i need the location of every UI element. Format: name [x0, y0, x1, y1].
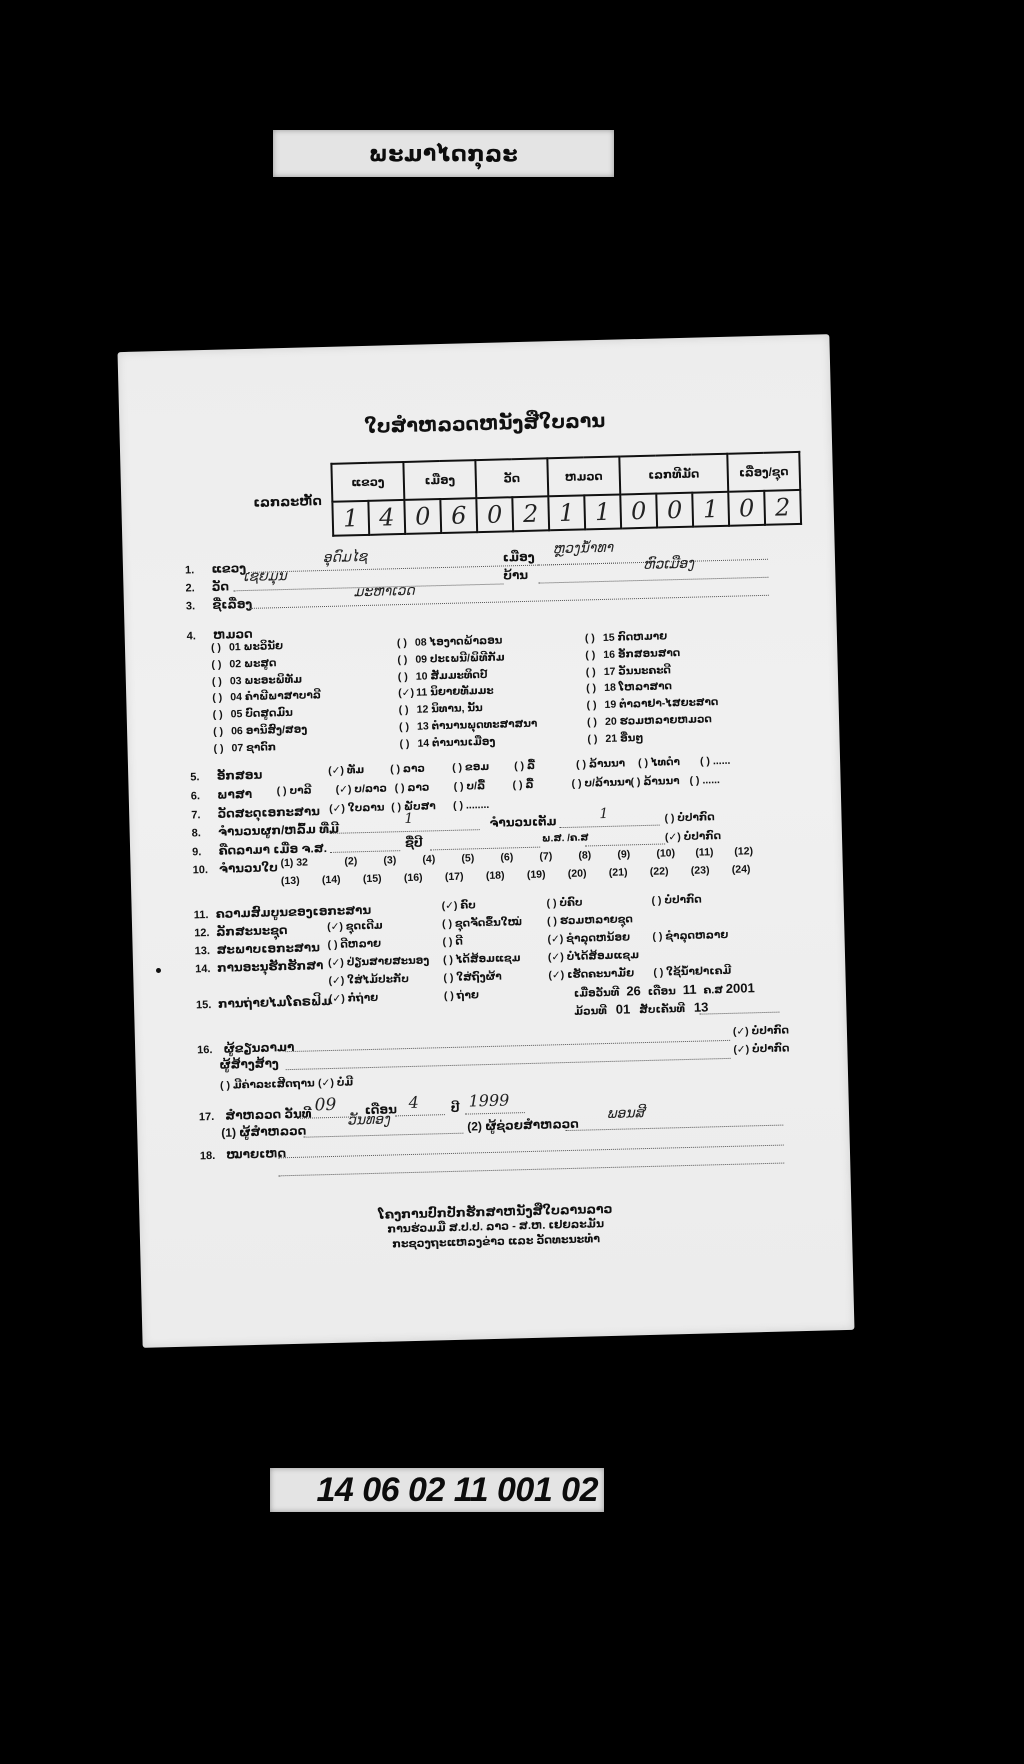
checkbox[interactable]: ( ): [212, 692, 230, 704]
category-option-label: 05 ບົດສູດມົນ: [231, 707, 293, 721]
province-value: ອຸດົມໄຊ: [323, 549, 368, 566]
checkbox[interactable]: ( ): [586, 699, 604, 711]
leaf-count-slot[interactable]: (15): [363, 873, 382, 885]
category-option-label: 08 ໄອງາດພ້າລອນ: [415, 635, 503, 649]
microfilm-reel: ມ້ວນທີ 01 ສັບເຄັນທີ 13: [574, 999, 708, 1017]
leaf-count-slot[interactable]: (23): [691, 864, 710, 876]
item-label-remarks: ໝາຍເຫດ: [226, 1146, 286, 1162]
checkbox[interactable]: ( ): [398, 670, 416, 682]
item-number: 11.: [194, 909, 216, 922]
category-option[interactable]: ( )17 ວັນນະຄະດີ: [586, 664, 671, 678]
survey-year: 1999: [468, 1090, 509, 1110]
category-option[interactable]: ( )08 ໄອງາດພ້າລອນ: [397, 635, 503, 650]
code-digit: 6: [440, 498, 477, 533]
option-checkbox[interactable]: ( ) ບາລີ: [277, 784, 312, 797]
leaf-count-slot[interactable]: (10): [656, 847, 675, 859]
option-checkbox[interactable]: ( ) ລ້ານນາ: [630, 775, 679, 788]
option-checkbox[interactable]: ( ) ຖ່າຍ: [444, 989, 479, 1002]
survey-month: 4: [408, 1093, 419, 1112]
item-number: 5.: [190, 771, 212, 784]
item-label-assistant: (2) ຜູ້ຊ່ວຍສຳຫລວດ: [467, 1117, 579, 1134]
option-checkbox[interactable]: ( ) ຮວມຫລາຍຊຸດ: [547, 913, 633, 927]
code-digit: 2: [764, 490, 801, 525]
item-number: 12.: [194, 927, 216, 940]
item-14: 14.ການອະນຸຮັກຮັກສາ: [195, 956, 324, 977]
code-digit: 0: [476, 497, 513, 532]
option-checkbox[interactable]: (✓) ຊຸດເດີມ: [327, 920, 383, 933]
checkbox[interactable]: ( ): [585, 632, 603, 644]
category-option-label: 14 ຕຳນານເມືອງ: [417, 736, 495, 750]
category-option[interactable]: ( )03 ພະອະພິທັມ: [212, 673, 302, 687]
scribe-unknown-option[interactable]: (✓) ບໍ່ປາກົດ: [733, 1024, 789, 1037]
option-checkbox[interactable]: ( ) ຊຸດຈັດຂຶ້ນໃໝ່: [442, 916, 522, 930]
code-digit: 1: [584, 494, 621, 529]
category-option-label: 19 ຕຳລາຢາ-ໄສຍະສາດ: [604, 696, 718, 711]
option-checkbox[interactable]: ( ) ບໍ່ປາກົດ: [651, 894, 701, 907]
script-options: (✓) ທັມ( ) ລາວ( ) ຂອມ( ) ລື້( ) ລ້ານນາ( …: [118, 334, 830, 352]
checkbox[interactable]: ( ): [399, 721, 417, 733]
option-checkbox[interactable]: (✓) ທັມ: [328, 764, 364, 777]
option-checkbox[interactable]: ( ) ລ້ານນາ: [576, 757, 625, 770]
category-option-label: 18 ໂຫລາສາດ: [604, 681, 672, 695]
option-checkbox[interactable]: ( ) ດີ: [442, 936, 463, 949]
fascicles-unknown-option[interactable]: ( ) ບໍ່ປາກົດ: [664, 811, 714, 824]
category-option[interactable]: ( )15 ກົດຫມາຍ: [585, 630, 668, 644]
microfilm-date: ເມື່ອວັນທີ 26 ເດືອນ 11 ຄ.ສ 2001: [574, 980, 755, 1000]
category-options: ( )01 ພະວິນັຍ( )02 ພະສູດ( )03 ພະອະພິທັມ(…: [118, 334, 830, 352]
category-option[interactable]: ( )07 ຊາດົກ: [213, 741, 276, 755]
option-checkbox[interactable]: ( ) ບໍ່ຄົບ: [546, 897, 582, 910]
option-checkbox[interactable]: ( ) ບ/ລື້: [453, 780, 485, 793]
leaf-count-slot[interactable]: (18): [486, 870, 505, 882]
item-number: 2.: [185, 582, 207, 595]
item-label-year-name: ຊື່ປີ: [405, 836, 423, 850]
code-header-province: ແຂວງ: [331, 462, 404, 502]
checkbox[interactable]: ( ): [211, 641, 229, 653]
code-digit: 0: [620, 494, 657, 529]
item-label-province: ແຂວງ: [211, 561, 246, 576]
leaf-count-slot[interactable]: (3): [383, 854, 396, 866]
item-label-leaf-count: ຈຳນວນໃບ: [219, 860, 278, 875]
item-5: 5. ອັກສອນ: [190, 766, 262, 786]
checkbox[interactable]: ( ): [585, 649, 603, 661]
item-number: 1.: [185, 564, 207, 577]
option-checkbox[interactable]: ( ) ລາວ: [390, 763, 425, 776]
item-2: 2. ວັດ: [185, 577, 229, 596]
category-option[interactable]: ( )05 ບົດສູດມົນ: [213, 707, 293, 721]
option-checkbox[interactable]: ( ) ໃຊ້ນ້ຳຢາເຄມີ: [653, 965, 731, 979]
microfilm-month: 11: [683, 982, 697, 997]
item-label-title: ຊື່ເລື່ອງ: [212, 597, 252, 612]
item-label-language: ພາສາ: [217, 787, 252, 802]
item-10: 10. ຈຳນວນໃບ: [192, 858, 278, 878]
category-option-label: 15 ກົດຫມາຍ: [603, 630, 668, 644]
item-number: 13.: [195, 945, 217, 958]
item-label-script: ອັກສອນ: [217, 768, 263, 783]
leaf-count-slot[interactable]: (20): [568, 867, 587, 879]
category-option-label: 10 ສັມມະທິດປ໌: [416, 669, 488, 683]
category-option-label: 17 ວັນນະຄະດີ: [604, 664, 671, 678]
month-label: ເດືອນ: [648, 985, 676, 998]
leaf-count-slot[interactable]: (17): [445, 871, 464, 883]
option-checkbox[interactable]: ( ) ລື້: [512, 779, 533, 792]
code-header-category: ຫມວດ: [547, 457, 620, 497]
item-label-scribe: ຜູ້ຂຽນລາມາ: [223, 1040, 294, 1056]
item-label-district: ເມືອງ: [503, 550, 535, 565]
leaf-count-slot[interactable]: (19): [527, 869, 546, 881]
category-option[interactable]: ( )06 ອານິສົງ/ສອງ: [213, 723, 307, 737]
form-title: ໃບສຳຫລວດຫນັງສືໃບລານ: [364, 410, 605, 439]
checkbox[interactable]: ( ): [587, 733, 605, 745]
category-option[interactable]: ( )16 ອັກສອນສາດ: [585, 647, 680, 661]
category-option[interactable]: ( )01 ພະວິນັຍ: [211, 640, 283, 654]
leaf-count-slot[interactable]: (8): [578, 849, 591, 861]
code-header-temple: ວັດ: [475, 458, 548, 498]
option-checkbox[interactable]: (✓) ປ່ຽນສາຍສະນອງ: [328, 954, 430, 969]
code-digit: 0: [404, 499, 441, 534]
option-checkbox[interactable]: (✓) ໃບລານ: [329, 802, 385, 815]
category-option-label: 02 ພະສູດ: [229, 657, 276, 670]
checkbox[interactable]: ( ): [397, 654, 415, 666]
item-17: 17. ສຳຫລວດ ວັນທີ: [199, 1105, 312, 1126]
code-digit: 2: [512, 496, 549, 531]
microfilm-day: 26: [626, 983, 641, 998]
option-checkbox[interactable]: (✓) ບໍ່ໄດ້ສ້ອມແຊມ: [548, 949, 639, 963]
item-label-material: ວັດສະດຸເອກະສານ: [218, 804, 321, 821]
title-value: ມະຫາເວດ: [353, 583, 415, 601]
category-option-label: 12 ນິທານ, ນັ້ນ: [417, 702, 483, 716]
option-checkbox[interactable]: (✓) ບ/ລາວ: [336, 782, 388, 795]
item-number: 16.: [197, 1044, 219, 1057]
option-checkbox[interactable]: ( ) ໄທດຳ: [638, 756, 680, 769]
category-option[interactable]: ( )12 ນິທານ, ນັ້ນ: [399, 702, 483, 716]
option-checkbox[interactable]: ( ) ຂອມ: [452, 761, 489, 774]
item-18: 18. ໝາຍເຫດ: [200, 1144, 287, 1164]
survey-form-paper: ໃບສຳຫລວດຫນັງສືໃບລານ ເລກລະຫັດ ແຂວງ ເມືອງ …: [118, 334, 855, 1348]
leaf-count-slot[interactable]: (6): [500, 851, 513, 863]
roll-label: ມ້ວນທີ: [574, 1005, 607, 1018]
code-label: ເລກລະຫັດ: [253, 493, 322, 511]
item-12: 12.ລັກສະນະຊຸດ: [194, 921, 288, 941]
option-checkbox[interactable]: (✓) ຊຳລຸດຫນ້ອຍ: [547, 931, 630, 945]
microfilm-roll: 01: [616, 1001, 631, 1016]
code-header-bundle-number: ເລກທີມັດ: [619, 454, 728, 495]
top-title-label: ພະມາໄດກຸລະ: [273, 130, 614, 177]
item-number: 3.: [186, 600, 208, 613]
checkbox[interactable]: (✓): [398, 687, 416, 699]
category-option[interactable]: ( )02 ພະສູດ: [211, 657, 276, 671]
item-3: 3. ຊື່ເລື່ອງ: [186, 595, 253, 615]
sponsor-unknown-option[interactable]: (✓) ບໍ່ປາກົດ: [733, 1042, 789, 1055]
checkbox[interactable]: ( ): [212, 675, 230, 687]
leaf-count-slot[interactable]: (5): [461, 852, 474, 864]
category-option[interactable]: ( )21 ອື່ນໆ: [587, 732, 643, 745]
code-digit: 0: [728, 491, 765, 526]
checkbox[interactable]: ( ): [213, 725, 231, 737]
leaf-count-slot[interactable]: (16): [404, 872, 423, 884]
category-option-label: 20 ຮວມຫລາຍຫມວດ: [605, 713, 712, 728]
option-checkbox[interactable]: ( ) ........: [453, 799, 489, 812]
code-table: ແຂວງ ເມືອງ ວັດ ຫມວດ ເລກທີມັດ ເລື່ອງ/ຊຸດ …: [330, 451, 802, 537]
category-option-label: 21 ອື່ນໆ: [605, 732, 643, 745]
item-number: 10.: [192, 864, 214, 877]
item-number: 18.: [200, 1150, 222, 1163]
leaf-count-slot[interactable]: (12): [734, 845, 753, 857]
checkbox[interactable]: ( ): [399, 704, 417, 716]
copied-date-unknown-option[interactable]: (✓) ບໍ່ປາກົດ: [665, 830, 721, 843]
checkbox[interactable]: ( ): [587, 716, 605, 728]
category-option[interactable]: ( )04 ຄຳພີພາສາບາລີ: [212, 690, 321, 705]
category-option-label: 07 ຊາດົກ: [231, 741, 276, 754]
item-label: ຄວາມສົມບູນຂອງເອກະສານ: [216, 903, 372, 921]
item-label-temple: ວັດ: [212, 579, 229, 593]
option-checkbox[interactable]: ( ) ລາວ: [394, 781, 429, 794]
option-checkbox[interactable]: ( ) ລື້: [514, 760, 535, 773]
frame-label: ສັບເຄັນທີ: [639, 1003, 685, 1016]
checkbox[interactable]: ( ): [399, 738, 417, 750]
punch-hole-mark: [156, 968, 161, 973]
code-digit: 0: [656, 493, 693, 528]
checkbox[interactable]: ( ): [586, 666, 604, 678]
item-number: 17.: [199, 1111, 221, 1124]
item-label: ສະພາບເອກະສານ: [216, 940, 320, 957]
item-label-fascicles: ຈຳນວນຜູກ/ຫລົ້ມ ທີ່ມີ: [218, 822, 339, 839]
item-number: 15.: [196, 999, 218, 1012]
checkbox[interactable]: ( ): [586, 682, 604, 694]
item-label: ການອະນຸຮັກຮັກສາ: [217, 958, 324, 975]
code-digit: 1: [692, 492, 729, 527]
option-checkbox[interactable]: (✓) ເຮັດຄະນາມັຍ: [548, 967, 634, 981]
option-checkbox[interactable]: ( ) ດີຫລາຍ: [327, 938, 381, 951]
leaf-count-slot[interactable]: (7): [539, 850, 552, 862]
item-label-category: ຫມວດ: [213, 627, 253, 642]
category-option[interactable]: ( )18 ໂຫລາສາດ: [586, 681, 672, 695]
item-16: 16. ຜູ້ຂຽນລາມາ: [197, 1038, 295, 1058]
category-option-label: 11 ນິຍາຍທັມມະ: [416, 685, 494, 699]
leaf-count-slot[interactable]: (21): [609, 866, 628, 878]
item-label-surveyor: (1) ຜູ້ສຳຫລວດ: [221, 1124, 306, 1140]
item-6: 6. ພາສາ: [191, 785, 253, 805]
item-label-village: ບ້ານ: [503, 568, 528, 583]
survey-day: 09: [314, 1095, 336, 1116]
category-option-label: 06 ອານິສົງ/ສອງ: [231, 723, 307, 737]
code-digit: 1: [332, 501, 369, 536]
year-label: ຄ.ສ: [703, 984, 723, 996]
category-option-label: 16 ອັກສອນສາດ: [603, 647, 680, 661]
item-label-era: ພ.ສ. /ຄ.ສ: [542, 832, 589, 844]
full-count-value: 1: [599, 806, 608, 822]
language-options: ( ) ບາລີ(✓) ບ/ລາວ( ) ລາວ( ) ບ/ລື້( ) ລື້…: [118, 334, 830, 352]
assistant-value: ພອນສີ: [607, 1105, 645, 1122]
category-option[interactable]: ( )10 ສັມມະທິດປ໌: [398, 669, 488, 683]
item-number: 14.: [195, 963, 217, 976]
checkbox[interactable]: ( ): [213, 742, 231, 754]
leaf-count-slot[interactable]: (1) 32: [280, 857, 308, 870]
leaf-count-slot[interactable]: (9): [617, 848, 630, 860]
option-checkbox[interactable]: (✓) ໃສ່ໄມ້ປະກັບ: [328, 973, 409, 987]
item-number: 7.: [191, 809, 213, 822]
category-option-label: 03 ພະອະພິທັມ: [230, 673, 302, 687]
category-option-label: 09 ປະເພນີ/ພິທີກັມ: [415, 651, 505, 665]
option-checkbox[interactable]: (✓) ກໍ່ຖ່າຍ: [329, 992, 379, 1005]
item-number: 8.: [192, 827, 214, 840]
category-option[interactable]: ( )09 ປະເພນີ/ພິທີກັມ: [397, 651, 505, 666]
option-checkbox[interactable]: (✓) ຄົບ: [441, 899, 476, 912]
colophon-absent-option[interactable]: (✓) ບໍ່ມີ: [318, 1076, 353, 1089]
leaf-count-row-1: (1) 32(2)(3)(4)(5)(6)(7)(8)(9)(10)(11)(1…: [118, 334, 830, 352]
category-option[interactable]: ( )13 ຕຳນານພຸດທະສາສນາ: [399, 718, 538, 733]
item-label: ລັກສະນະຊຸດ: [216, 923, 288, 939]
leaf-count-slot[interactable]: (24): [732, 863, 751, 875]
item-1: 1. ແຂວງ: [185, 559, 247, 579]
condition-items: 11.ຄວາມສົມບູນຂອງເອກະສານ(✓) ຄົບ( ) ບໍ່ຄົບ…: [118, 334, 830, 352]
option-checkbox[interactable]: ( ) ພັບສາ: [391, 800, 436, 813]
category-option[interactable]: ( )14 ຕຳນານເມືອງ: [399, 736, 495, 750]
checkbox[interactable]: ( ): [211, 658, 229, 670]
option-checkbox[interactable]: ( ) ໃສ່ຖົງຜ້າ: [443, 971, 502, 984]
fascicles-value: 1: [404, 811, 413, 827]
microfilm-year: 2001: [726, 980, 755, 996]
option-checkbox[interactable]: ( ) ຊຳລຸດຫລາຍ: [652, 929, 728, 943]
option-checkbox[interactable]: ( ) ......: [689, 774, 720, 787]
leaf-count-slot[interactable]: (13): [281, 875, 300, 887]
leaf-count-row-2: (13)(14)(15)(16)(17)(18)(19)(20)(21)(22)…: [118, 334, 830, 352]
category-option-label: 01 ພະວິນັຍ: [229, 640, 283, 653]
surveyor-value: ວັນທອງ: [347, 1112, 390, 1129]
category-option-label: 04 ຄຳພີພາສາບາລີ: [230, 690, 321, 704]
item-number: 6.: [191, 790, 213, 803]
item-label-sponsor: ຜູ້ສ້າງສ້າງ: [219, 1056, 279, 1071]
item-number: 9.: [192, 846, 214, 859]
year-label: ປີ: [451, 1101, 460, 1115]
item-label-copied-date: ຄືດລາມາ ເມື່ອ ຈ.ສ.: [218, 841, 327, 858]
leaf-count-slot[interactable]: (22): [650, 865, 669, 877]
category-option[interactable]: ( )20 ຮວມຫລາຍຫມວດ: [587, 713, 712, 728]
reference-code-label: 14 06 02 11 001 02: [270, 1468, 604, 1512]
leaf-count-slot[interactable]: (14): [322, 874, 341, 886]
form-footer: ໂຄງການປົກປັກຮັກສາຫນັງສືໃບລານລາວ ການຮ່ວມມ…: [139, 1196, 852, 1259]
code-digit: 4: [368, 500, 405, 535]
code-header-story-set: ເລື່ອງ/ຊຸດ: [727, 452, 800, 492]
item-15: 15.ການຖ່າຍໄມໂຄຣຟິມ: [196, 992, 332, 1013]
item-8: 8. ຈຳນວນຜູກ/ຫລົ້ມ ທີ່ມີ: [191, 820, 339, 842]
material-options: (✓) ໃບລານ( ) ພັບສາ( ) ........: [118, 334, 830, 352]
item-label: ການຖ່າຍໄມໂຄຣຟິມ: [218, 994, 332, 1011]
option-checkbox[interactable]: ( ) ......: [700, 755, 731, 768]
checkbox[interactable]: ( ): [397, 637, 415, 649]
option-checkbox[interactable]: ( ) ໄດ້ສ້ອມແຊມ: [443, 952, 521, 966]
date-label: ເມື່ອວັນທີ: [574, 987, 620, 1000]
category-option-label: 13 ຕຳນານພຸດທະສາສນາ: [417, 718, 538, 733]
item-number: 4.: [187, 630, 209, 643]
code-digit: 1: [548, 495, 585, 530]
village-value: ຫົວເມືອງ: [643, 556, 694, 573]
colophon-present-option[interactable]: ( ) ມີຄ່າລະເສີດຖານ: [220, 1077, 315, 1091]
checkbox[interactable]: ( ): [213, 709, 231, 721]
item-label-survey-date: ສຳຫລວດ ວັນທີ: [225, 1107, 312, 1123]
leaf-count-slot[interactable]: (2): [344, 855, 357, 867]
option-checkbox[interactable]: ( ) ບ/ລ້ານນາ: [571, 776, 631, 790]
category-option[interactable]: ( )19 ຕຳລາຢາ-ໄສຍະສາດ: [586, 696, 718, 711]
category-option[interactable]: (✓)11 ນິຍາຍທັມມະ: [398, 685, 494, 699]
item-label-full-count: ຈຳນວນເຕັມ: [489, 814, 556, 830]
leaf-count-slot[interactable]: (11): [695, 846, 713, 858]
temple-value: ເຊຍມຸນ: [243, 568, 287, 585]
leaf-count-slot[interactable]: (4): [422, 853, 435, 865]
district-value: ຫຼວງນ້ຳທາ: [552, 540, 613, 558]
code-header-district: ເມືອງ: [403, 460, 476, 500]
